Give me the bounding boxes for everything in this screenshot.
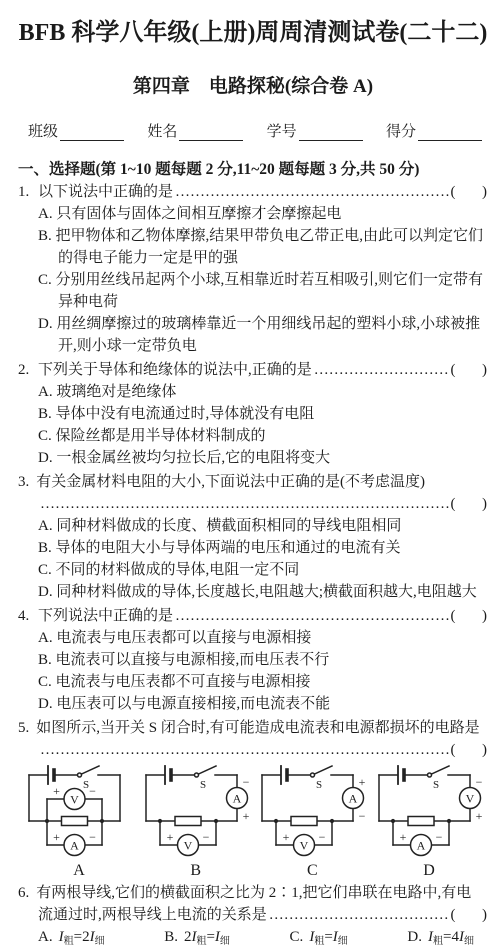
field-class-blank <box>60 126 124 141</box>
question-3-option-a: A. 同种材料做成的长度、横截面积相同的导线电阻相同 <box>58 515 488 537</box>
question-3-option-b: B. 导体的电阻大小与导体两端的电压和通过的电流有关 <box>58 537 488 559</box>
question-2: 2. 下列关于导体和绝缘体的说法中,正确的是 ……………………………………………… <box>18 359 488 469</box>
question-3-option-d: D. 同种材料做成的导体,长度越长,电阻越大;横截面积越大,电阻越大 <box>58 581 488 603</box>
question-1-option-d: D. 用丝绸摩擦过的玻璃棒靠近一个用细线吊起的塑料小球,小球被推开,则小球一定带… <box>58 313 488 357</box>
question-6-option-c: C.I粗=I细 <box>290 926 348 948</box>
svg-text:+: + <box>359 775 366 789</box>
question-4-number: 4. <box>18 605 38 627</box>
circuit-diagram-b: SA−+V+− <box>140 765 252 861</box>
svg-text:−: − <box>202 830 209 844</box>
question-1: 1. 以下说法中正确的是 ………………………………………………………………………… <box>18 181 488 357</box>
question-5-stem: 5.如图所示,当开关 S 闭合时,有可能造成电流表和电源都损坏的电路是 <box>38 717 488 739</box>
svg-text:−: − <box>436 830 443 844</box>
test-paper-page: BFB 科学八年级(上册)周周清测试卷(二十二) 第四章 电路探秘(综合卷 A)… <box>0 0 500 948</box>
question-6: 6.有两根导线,它们的横截面积之比为 2∶1,把它们串联在电路中,有电 流通过时… <box>18 882 488 948</box>
svg-text:A: A <box>417 839 426 853</box>
question-1-option-c: C. 分别用丝线吊起两个小球,互相靠近时若互相吸引,则它们一定带有异种电荷 <box>58 269 488 313</box>
answer-bracket: ( ) <box>451 359 489 381</box>
circuit-diagram-a: SV+−A+− <box>23 765 135 861</box>
svg-text:V: V <box>466 792 475 806</box>
question-4-option-a: A. 电流表与电压表都可以直接与电源相接 <box>58 627 488 649</box>
circuit-option-b: SA−+V+− B <box>139 765 253 880</box>
field-score-label: 得分 <box>386 120 416 141</box>
svg-text:+: + <box>283 830 290 844</box>
section-heading-choice: 一、选择题(第 1~10 题每题 2 分,11~20 题每题 3 分,共 50 … <box>18 157 488 179</box>
field-class-label: 班级 <box>28 120 58 141</box>
formula: 2I粗=I细 <box>184 929 230 945</box>
question-2-option-b: B. 导体中没有电流通过时,导体就没有电阻 <box>58 403 488 425</box>
circuit-diagram-d: SV−+A+− <box>373 765 485 861</box>
field-score-blank <box>418 126 482 141</box>
question-4-option-c: C. 电流表与电压表都不可直接与电源相接 <box>58 671 488 693</box>
student-info-row: 班级 姓名 学号 得分 <box>28 120 482 141</box>
dotted-leader: …………………………………………………………………………………………………………… <box>175 605 448 627</box>
question-6-number: 6. <box>18 885 29 901</box>
svg-text:V: V <box>183 839 192 853</box>
field-student-number-label: 学号 <box>267 120 297 141</box>
svg-text:S: S <box>316 779 322 791</box>
circuit-label-a: A <box>73 862 85 880</box>
circuit-option-c: SA+−V+− C <box>255 765 369 880</box>
question-6-stem-line2: 流通过时,两根导线上电流的关系是 ……………………………………………………………… <box>38 904 488 926</box>
chapter-subtitle: 第四章 电路探秘(综合卷 A) <box>18 71 488 98</box>
question-4-option-b: B. 电流表可以直接与电源相接,而电压表不行 <box>58 649 488 671</box>
question-2-stem: 2. 下列关于导体和绝缘体的说法中,正确的是 ……………………………………………… <box>18 359 488 381</box>
question-5: 5.如图所示,当开关 S 闭合时,有可能造成电流表和电源都损坏的电路是 …………… <box>18 717 488 880</box>
question-1-number: 1. <box>18 181 38 203</box>
formula: I粗=2I细 <box>59 929 105 945</box>
field-student-number: 学号 <box>267 120 363 141</box>
question-2-option-a: A. 玻璃绝对是绝缘体 <box>58 381 488 403</box>
svg-text:+: + <box>476 809 483 823</box>
answer-bracket: ( ) <box>451 493 489 515</box>
svg-text:−: − <box>89 784 96 798</box>
circuit-diagram-c: SA+−V+− <box>256 765 368 861</box>
svg-text:+: + <box>53 830 60 844</box>
svg-text:−: − <box>242 775 249 789</box>
svg-text:−: − <box>359 809 366 823</box>
question-1-option-a: A. 只有固体与固体之间相互摩擦才会摩擦起电 <box>58 203 488 225</box>
svg-text:+: + <box>400 830 407 844</box>
svg-text:+: + <box>53 784 60 798</box>
svg-text:A: A <box>70 839 79 853</box>
field-class: 班级 <box>28 120 124 141</box>
field-student-number-blank <box>299 126 363 141</box>
svg-text:V: V <box>300 839 309 853</box>
question-4-stem: 4. 下列说法中正确的是 ………………………………………………………………………… <box>18 605 488 627</box>
svg-text:A: A <box>232 792 241 806</box>
field-score: 得分 <box>386 120 482 141</box>
question-1-option-b: B. 把甲物体和乙物体摩擦,结果甲带负电乙带正电,由此可以判定它们的得电子能力一… <box>58 225 488 269</box>
circuit-option-d: SV−+A+− D <box>372 765 486 880</box>
question-3-number: 3. <box>18 474 29 490</box>
formula: I粗=I细 <box>309 929 347 945</box>
question-2-option-c: C. 保险丝都是用半导体材料制成的 <box>58 425 488 447</box>
question-6-options-row: A.I粗=2I细 B.2I粗=I细 C.I粗=I细 D.I粗=4I细 <box>38 926 488 948</box>
dotted-leader: …………………………………………………………………………………………………………… <box>40 493 449 515</box>
field-name-label: 姓名 <box>147 120 177 141</box>
question-6-stem-line1: 6.有两根导线,它们的横截面积之比为 2∶1,把它们串联在电路中,有电 <box>38 882 488 904</box>
question-3-stem: 3.有关金属材料电阻的大小,下面说法中正确的是(不考虑温度) <box>38 471 488 493</box>
formula: I粗=4I细 <box>428 929 474 945</box>
circuit-label-b: B <box>190 862 201 880</box>
answer-bracket: ( ) <box>451 181 489 203</box>
circuit-options-figure: SV+−A+− A SA−+V+− B SA+−V+− C SV−+A+− D <box>22 765 486 880</box>
circuit-label-c: C <box>307 862 318 880</box>
question-6-option-d: D.I粗=4I细 <box>407 926 474 948</box>
question-1-stem: 1. 以下说法中正确的是 ………………………………………………………………………… <box>18 181 488 203</box>
field-name: 姓名 <box>147 120 243 141</box>
question-5-number: 5. <box>18 720 29 736</box>
question-3: 3.有关金属材料电阻的大小,下面说法中正确的是(不考虑温度) ………………………… <box>18 471 488 603</box>
question-5-leader-line: …………………………………………………………………………………………………………… <box>38 739 488 761</box>
dotted-leader: …………………………………………………………………………………………………………… <box>40 739 449 761</box>
svg-text:V: V <box>70 793 79 807</box>
svg-text:−: − <box>319 830 326 844</box>
question-6-option-b: B.2I粗=I细 <box>164 926 230 948</box>
dotted-leader: …………………………………………………………………………………………………………… <box>175 181 448 203</box>
question-3-leader-line: …………………………………………………………………………………………………………… <box>38 493 488 515</box>
paper-title: BFB 科学八年级(上册)周周清测试卷(二十二) <box>18 12 488 47</box>
question-4: 4. 下列说法中正确的是 ………………………………………………………………………… <box>18 605 488 715</box>
question-6-option-a: A.I粗=2I细 <box>38 926 105 948</box>
dotted-leader: …………………………………………………………………………………………………………… <box>314 359 449 381</box>
answer-bracket: ( ) <box>451 904 489 926</box>
svg-text:S: S <box>433 779 439 791</box>
svg-text:+: + <box>242 809 249 823</box>
question-2-option-d: D. 一根金属丝被均匀拉长后,它的电阻将变大 <box>58 447 488 469</box>
circuit-option-a: SV+−A+− A <box>22 765 136 880</box>
svg-text:−: − <box>89 830 96 844</box>
question-4-option-d: D. 电压表可以与电源直接相接,而电流表不能 <box>58 693 488 715</box>
answer-bracket: ( ) <box>451 605 489 627</box>
circuit-label-d: D <box>423 862 435 880</box>
question-3-option-c: C. 不同的材料做成的导体,电阻一定不同 <box>58 559 488 581</box>
svg-text:+: + <box>166 830 173 844</box>
dotted-leader: …………………………………………………………………………………………………………… <box>269 904 449 926</box>
svg-text:A: A <box>349 792 358 806</box>
question-2-number: 2. <box>18 359 38 381</box>
svg-text:−: − <box>476 775 483 789</box>
svg-text:S: S <box>200 779 206 791</box>
answer-bracket: ( ) <box>451 739 489 761</box>
field-name-blank <box>179 126 243 141</box>
